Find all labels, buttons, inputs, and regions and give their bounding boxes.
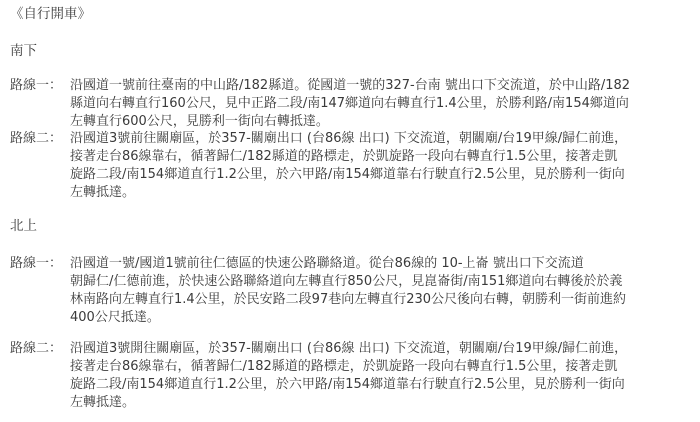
route-label: 路線一： xyxy=(10,77,70,131)
route-text: 沿國道3號開往關廟區，於357-關廟出口 (台86線 出口) 下交流道，朝關廟/… xyxy=(70,340,695,412)
route-line: 左轉抵達。 xyxy=(70,184,695,202)
route-line: 朝歸仁/仁德前進，於快速公路聯絡道向左轉直行850公尺，見崑崙街/南151鄉道向… xyxy=(70,273,695,291)
route-line: 沿國道3號開往關廟區，於357-關廟出口 (台86線 出口) 下交流道，朝關廟/… xyxy=(70,340,695,358)
route-label: 路線二： xyxy=(10,130,70,202)
route-line: 旋路二段/南154鄉道直行1.2公里，於六甲路/南154鄉道靠右行駛直行2.5公… xyxy=(70,166,695,184)
route-line: 旋路二段/南154鄉道直行1.2公里，於六甲路/南154鄉道靠右行駛直行2.5公… xyxy=(70,376,695,394)
route-line: 沿國道3號前往關廟區，於357-關廟出口 (台86線 出口) 下交流道，朝關廟/… xyxy=(70,130,695,148)
route-label: 路線二： xyxy=(10,340,70,412)
section-heading-north: 北上 xyxy=(10,217,37,235)
route-label: 路線一： xyxy=(10,255,70,327)
route-line: 沿國道一號/國道1號前往仁德區的快速公路聯絡道。從台86線的 10-上崙 號出口… xyxy=(70,255,695,273)
section-heading-south: 南下 xyxy=(10,42,37,60)
south-route-1: 路線一： 沿國道一號前往臺南的中山路/182縣道。從國道一號的327-台南 號出… xyxy=(10,77,695,131)
route-line: 左轉直行600公尺，見勝利一街向右轉抵達。 xyxy=(70,113,695,131)
route-line: 接著走台86線靠右，循著歸仁/182縣道的路標走，於凱旋路一段向右轉直行1.5公… xyxy=(70,148,695,166)
route-text: 沿國道一號前往臺南的中山路/182縣道。從國道一號的327-台南 號出口下交流道… xyxy=(70,77,695,131)
north-route-1: 路線一： 沿國道一號/國道1號前往仁德區的快速公路聯絡道。從台86線的 10-上… xyxy=(10,255,695,327)
route-line: 縣道向右轉直行160公尺，見中正路二段/南147鄉道向右轉直行1.4公里，於勝利… xyxy=(70,95,695,113)
south-route-2: 路線二： 沿國道3號前往關廟區，於357-關廟出口 (台86線 出口) 下交流道… xyxy=(10,130,695,202)
route-line: 林南路向左轉直行1.4公里，於民安路二段97巷向左轉直行230公尺後向右轉，朝勝… xyxy=(70,291,695,309)
route-line: 左轉抵達。 xyxy=(70,394,695,412)
page-title: 《自行開車》 xyxy=(10,5,91,23)
route-text: 沿國道3號前往關廟區，於357-關廟出口 (台86線 出口) 下交流道，朝關廟/… xyxy=(70,130,695,202)
north-route-2: 路線二： 沿國道3號開往關廟區，於357-關廟出口 (台86線 出口) 下交流道… xyxy=(10,340,695,412)
route-line: 沿國道一號前往臺南的中山路/182縣道。從國道一號的327-台南 號出口下交流道… xyxy=(70,77,695,95)
route-line: 接著走台86線靠右，循著歸仁/182縣道的路標走，於凱旋路一段向右轉直行1.5公… xyxy=(70,358,695,376)
route-text: 沿國道一號/國道1號前往仁德區的快速公路聯絡道。從台86線的 10-上崙 號出口… xyxy=(70,255,695,327)
route-line: 400公尺抵達。 xyxy=(70,309,695,327)
